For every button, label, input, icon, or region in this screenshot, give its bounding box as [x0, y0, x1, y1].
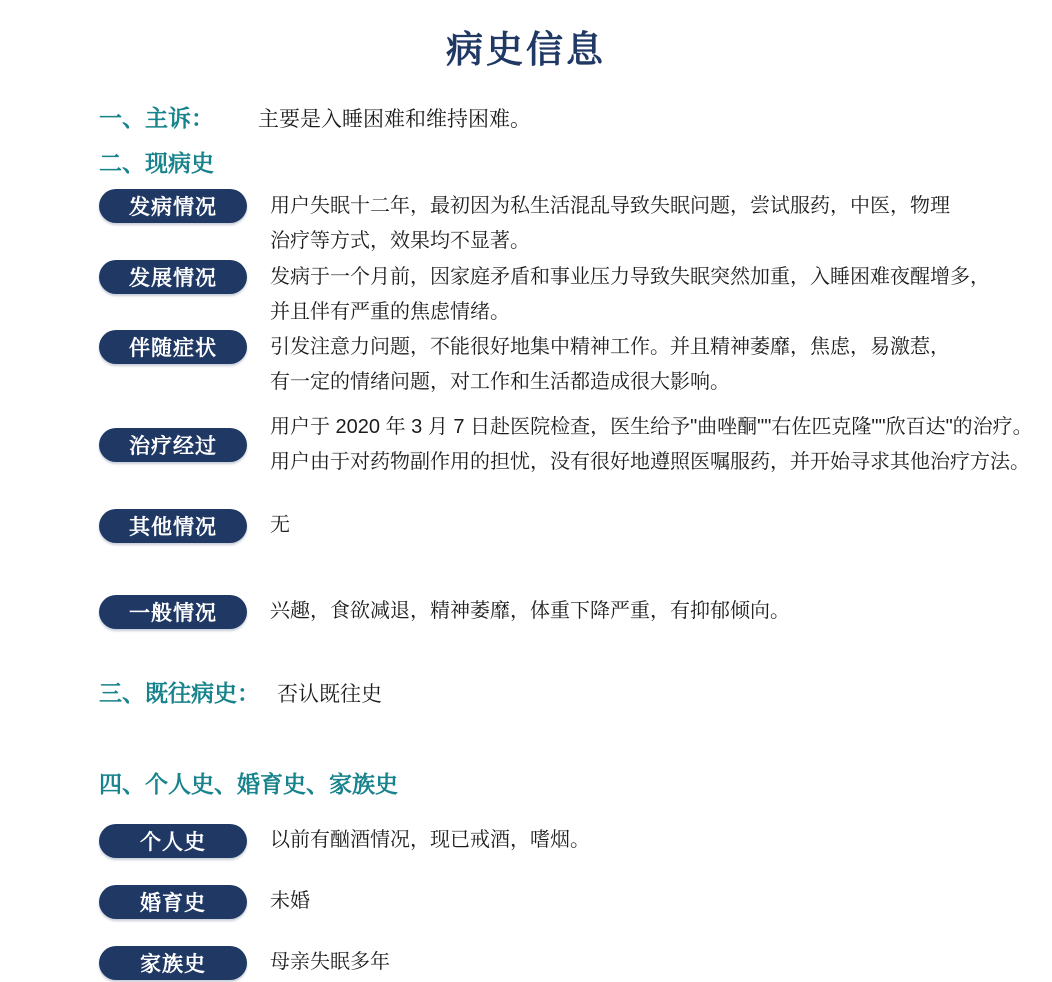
section-heading-personal-marital-family: 四、个人史、婚育史、家族史: [99, 770, 1040, 798]
section-chief-complaint: 一、主诉： 主要是入睡困难和维持困难。: [99, 104, 1040, 133]
pill-general-condition-label: 一般情况: [99, 595, 247, 629]
other-conditions-text: 无: [270, 508, 290, 543]
onset-text: 用户失眠十二年，最初因为私生活混乱导致失眠问题，尝试服药，中医，物理 治疗等方式…: [270, 189, 950, 259]
personal-history-text: 以前有酗酒情况，现已戒酒，嗜烟。: [270, 823, 590, 858]
pill-progression-label: 发展情况: [99, 260, 247, 294]
general-condition-text: 兴趣，食欲减退，精神萎靡，体重下降严重，有抑郁倾向。: [270, 594, 790, 629]
section-heading-chief-complaint: 一、主诉：: [99, 104, 258, 132]
pill-family-history-label: 家族史: [99, 946, 247, 980]
item-row-onset: 发病情况 用户失眠十二年，最初因为私生活混乱导致失眠问题，尝试服药，中医，物理 …: [99, 189, 1040, 259]
chief-complaint-text: 主要是入睡困难和维持困难。: [258, 105, 531, 133]
pill-treatment-history-label: 治疗经过: [99, 428, 247, 462]
pill-other-conditions-label: 其他情况: [99, 509, 247, 543]
pill-marital-history-label: 婚育史: [99, 885, 247, 919]
treatment-history-text: 用户于 2020 年 3 月 7 日赴医院检查，医生给予"曲唑酮""右佐匹克隆"…: [270, 410, 1033, 480]
page-title: 病史信息: [0, 0, 1052, 72]
medical-history-page: 病史信息 一、主诉： 主要是入睡困难和维持困难。 二、现病史 发病情况 用户失眠…: [0, 0, 1052, 982]
item-row-family-history: 家族史 母亲失眠多年: [99, 945, 1040, 980]
pill-accompanying-symptoms-label: 伴随症状: [99, 330, 247, 364]
section-past-medical-history: 三、既往病史： 否认既往史: [99, 679, 1040, 708]
family-history-text: 母亲失眠多年: [270, 945, 390, 980]
item-row-marital-history: 婚育史 未婚: [99, 884, 1040, 919]
item-row-accompanying-symptoms: 伴随症状 引发注意力问题，不能很好地集中精神工作。并且精神萎靡，焦虑，易激惹， …: [99, 330, 1040, 400]
pill-personal-history-label: 个人史: [99, 824, 247, 858]
item-row-personal-history: 个人史 以前有酗酒情况，现已戒酒，嗜烟。: [99, 823, 1040, 858]
pill-onset-label: 发病情况: [99, 189, 247, 223]
item-row-treatment-history: 治疗经过 用户于 2020 年 3 月 7 日赴医院检查，医生给予"曲唑酮""右…: [99, 410, 1040, 480]
item-row-other-conditions: 其他情况 无: [99, 508, 1040, 543]
progression-text: 发病于一个月前，因家庭矛盾和事业压力导致失眠突然加重，入睡困难夜醒增多， 并且伴…: [270, 260, 990, 330]
item-row-progression: 发展情况 发病于一个月前，因家庭矛盾和事业压力导致失眠突然加重，入睡困难夜醒增多…: [99, 260, 1040, 330]
accompanying-symptoms-text: 引发注意力问题，不能很好地集中精神工作。并且精神萎靡，焦虑，易激惹， 有一定的情…: [270, 330, 950, 400]
marital-history-text: 未婚: [270, 884, 310, 919]
section-heading-present-illness: 二、现病史: [99, 149, 1040, 177]
section-heading-past-medical-history: 三、既往病史：: [99, 679, 277, 707]
past-medical-history-text: 否认既往史: [277, 680, 382, 708]
page-content: 一、主诉： 主要是入睡困难和维持困难。 二、现病史 发病情况 用户失眠十二年，最…: [0, 104, 1052, 980]
item-row-general-condition: 一般情况 兴趣，食欲减退，精神萎靡，体重下降严重，有抑郁倾向。: [99, 594, 1040, 629]
